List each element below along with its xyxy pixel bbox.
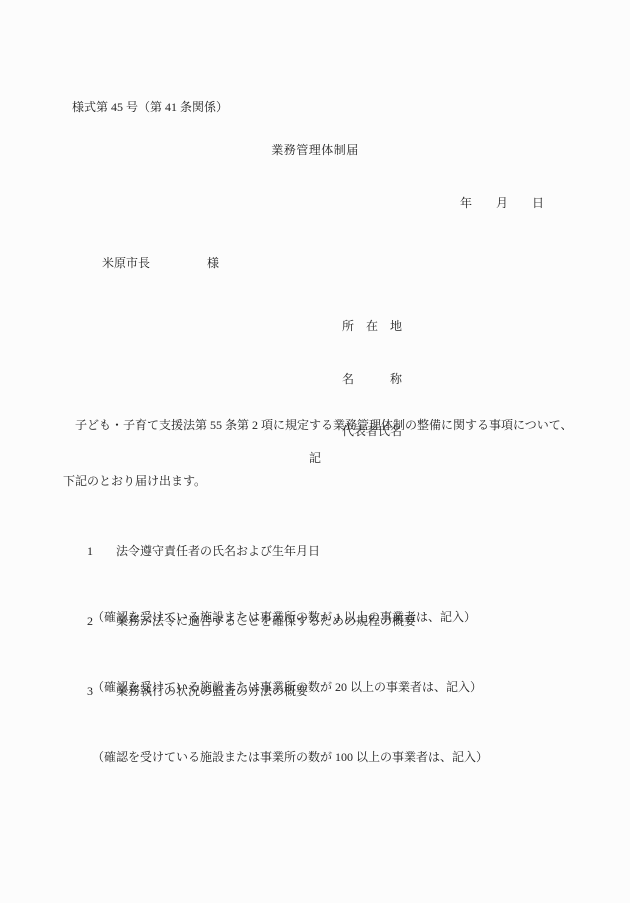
item-number: 3	[87, 684, 116, 698]
list-item-title-row: 2業務が法令に適合することを確保するための規程の概要	[69, 600, 482, 642]
body-paragraph-line-2: 下記のとおり届け出ます。	[63, 468, 569, 495]
date-line: 年 月 日	[460, 196, 544, 210]
list-heading: 記	[0, 451, 630, 465]
form-number: 様式第 45 号（第 41 条関係）	[72, 100, 228, 114]
item-number: 1	[87, 544, 116, 558]
document-page: 様式第 45 号（第 41 条関係） 業務管理体制届 年 月 日 米原市長様 所…	[0, 0, 630, 903]
list-item-3: 3業務執行の状況の監査の方法の概要 （確認を受けている施設または事業所の数が 1…	[69, 641, 488, 792]
item-note: （確認を受けている施設または事業所の数が 100 以上の事業者は、記入）	[92, 750, 488, 764]
item-title: 業務執行の状況の監査の方法の概要	[116, 684, 308, 698]
item-title: 業務が法令に適合することを確保するための規程の概要	[116, 614, 416, 628]
item-title: 法令遵守責任者の氏名および生年月日	[116, 544, 320, 558]
addressee-honorific: 様	[207, 256, 219, 270]
list-item-title-row: 3業務執行の状況の監査の方法の概要	[69, 670, 488, 712]
addressee-line: 米原市長様	[90, 242, 219, 285]
body-paragraph-line-1: 子ども・子育て支援法第 55 条第 2 項に規定する業務管理体制の整備に関する事…	[63, 412, 569, 439]
document-title: 業務管理体制届	[0, 143, 630, 157]
list-item-title-row: 1法令遵守責任者の氏名および生年月日	[69, 530, 476, 572]
addressee-name: 米原市長	[102, 256, 150, 270]
item-number: 2	[87, 614, 116, 628]
signature-location-label: 所 在 地	[342, 314, 402, 338]
